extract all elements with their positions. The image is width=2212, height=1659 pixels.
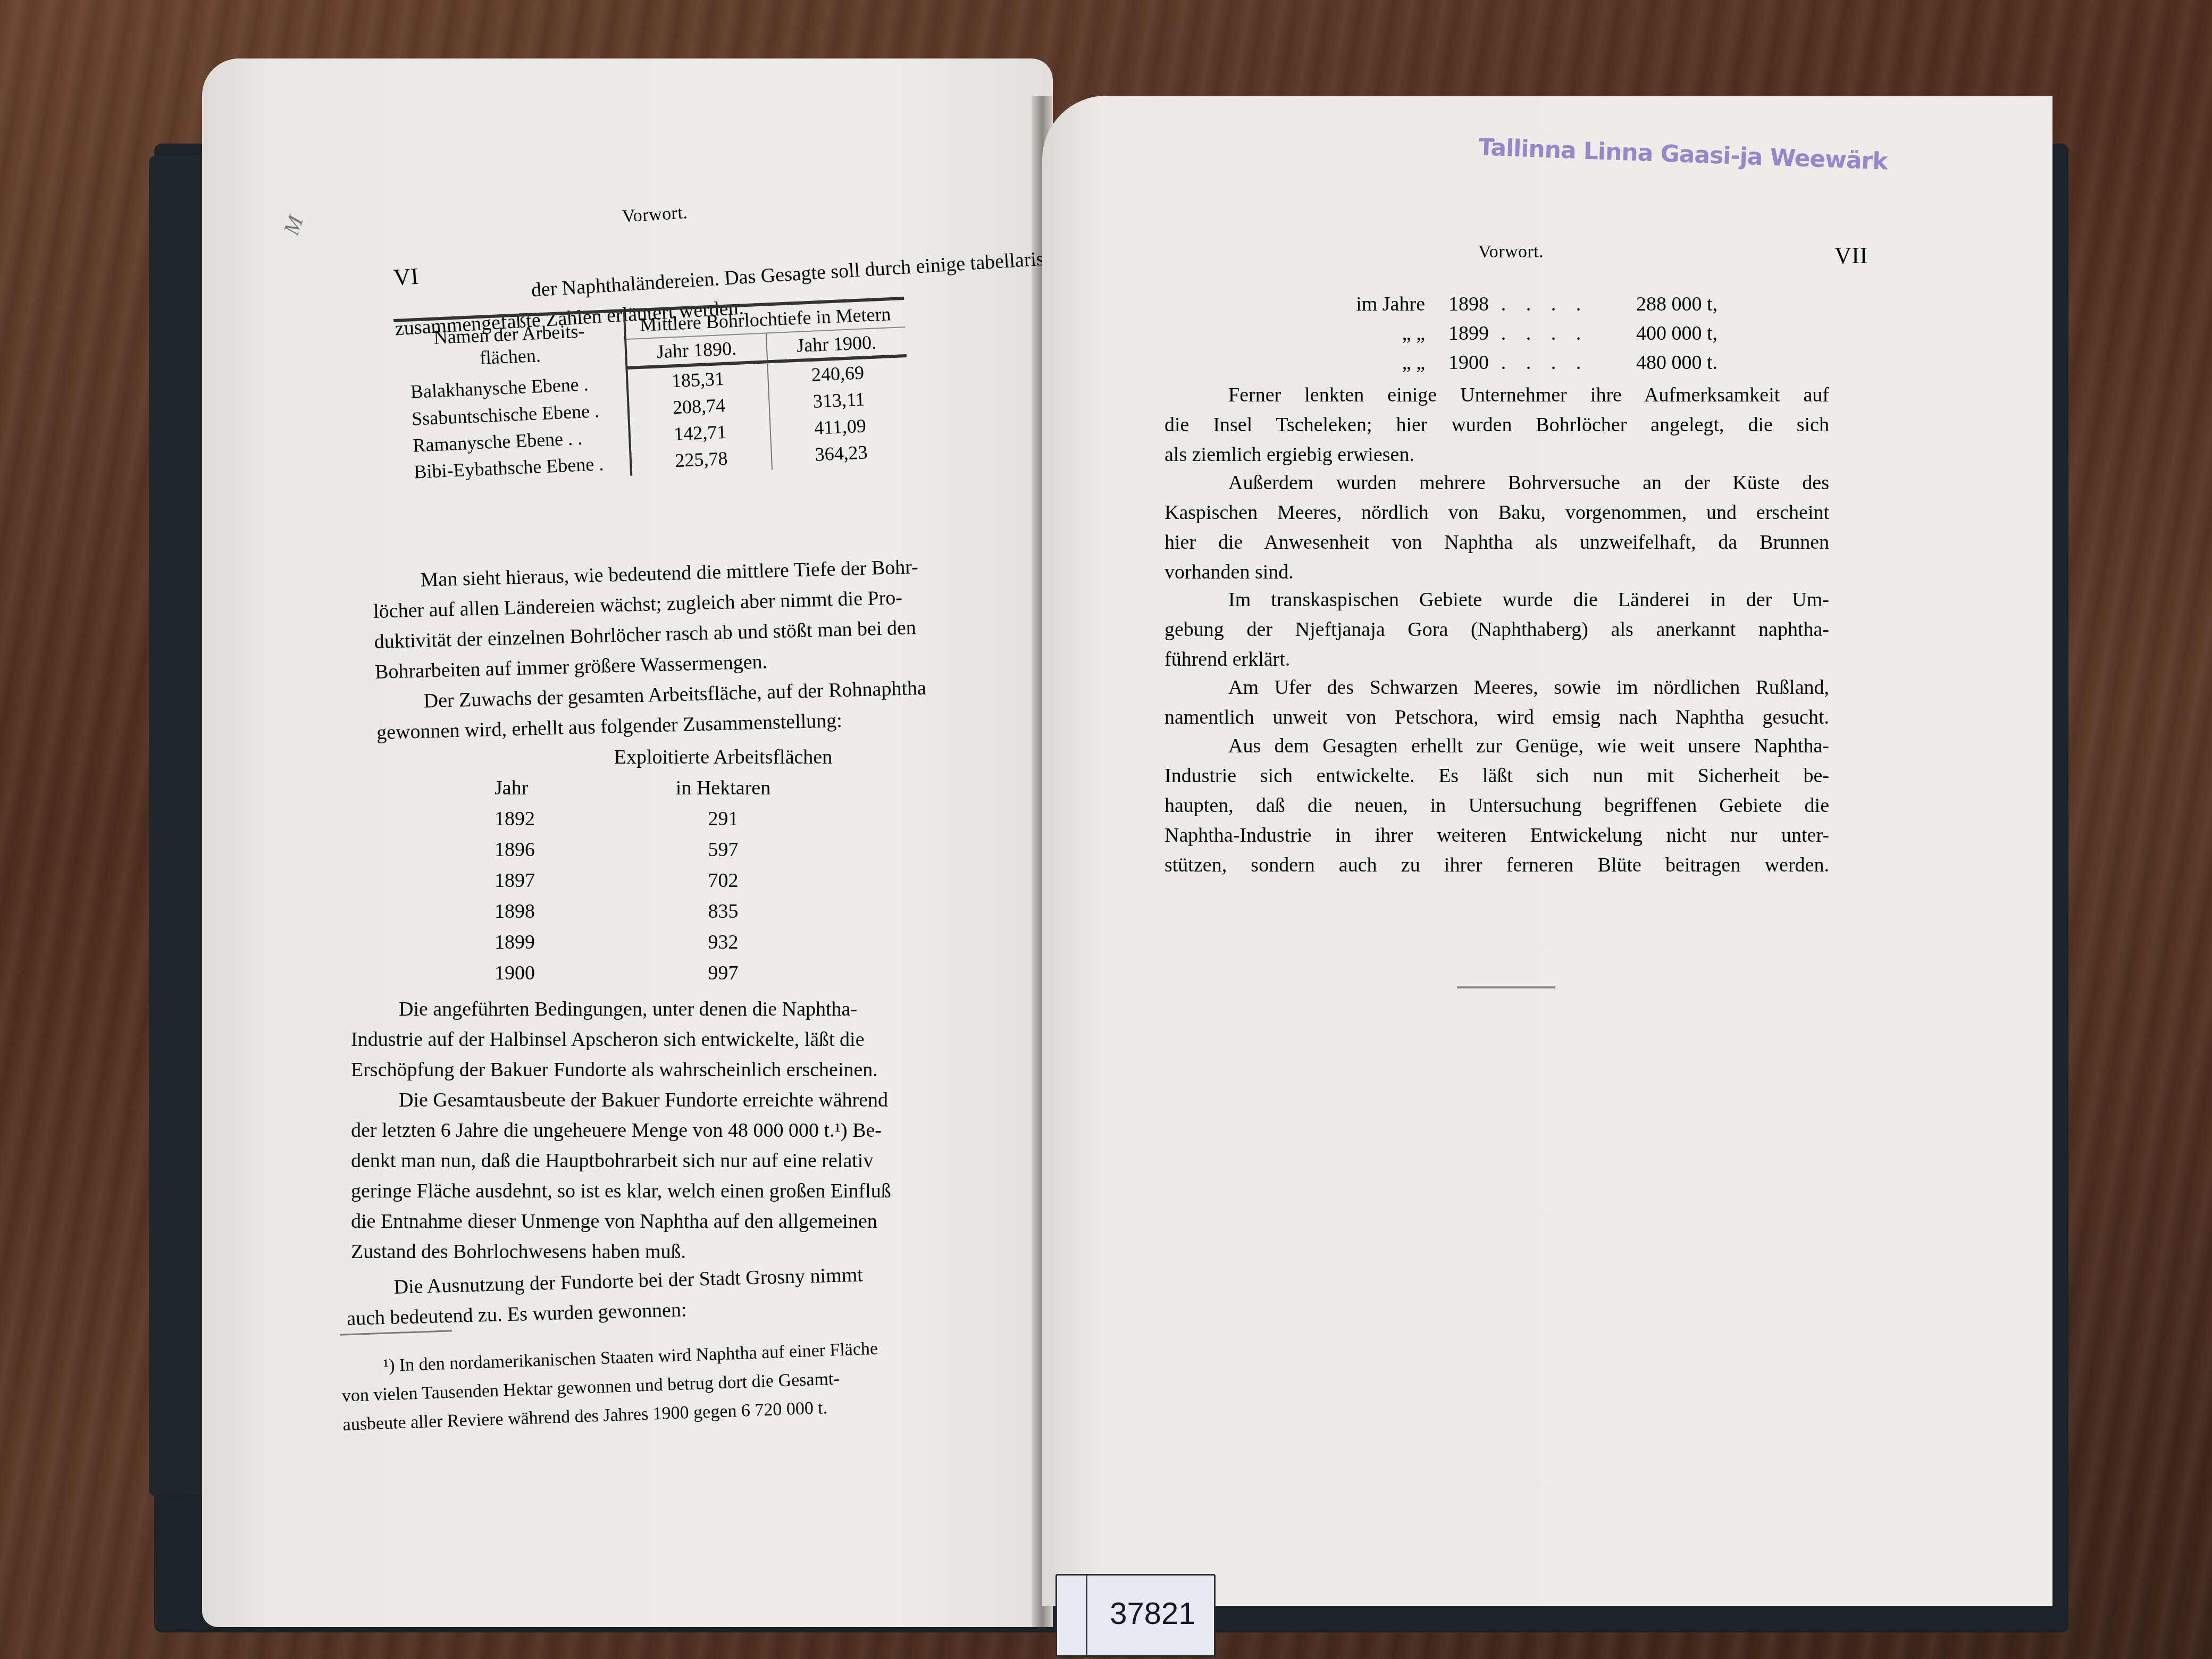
paragraph-conclusion: Aus dem Gesagten erhellt zur Genüge, wie… — [1164, 731, 1829, 880]
paragraph-tscheleken: Ferner lenkten einige Unternehmer ihre A… — [1164, 380, 1829, 470]
paragraph-depth-commentary: Man sieht hieraus, wie bedeutend die mit… — [372, 552, 927, 748]
table-row: „ „ 1899 . . . . 400 000 t, — [1319, 319, 1717, 348]
table-row: 1892291 — [495, 803, 835, 834]
table-row: 1899932 — [495, 927, 835, 958]
running-head-right: Vorwort. — [1478, 242, 1544, 262]
area-table: Exploitierte Arbeitsflächen Jahrin Hekta… — [495, 742, 835, 988]
table-row: 1900997 — [495, 958, 835, 988]
label-divider — [1086, 1576, 1087, 1655]
table-row: 1897702 — [495, 865, 835, 896]
inventory-label: 37821 — [1055, 1574, 1216, 1657]
paragraph-schwarzes-meer: Am Ufer des Schwarzen Meeres, sowie im n… — [1164, 673, 1829, 732]
table-row: im Jahre 1898 . . . . 288 000 t, — [1319, 290, 1717, 319]
inventory-number: 37821 — [1094, 1596, 1211, 1631]
paragraph-transkaspisch: Im transkaspischen Gebiete wurde die Län… — [1164, 585, 1829, 674]
table-row: 1896597 — [495, 834, 835, 865]
table-row: „ „ 1900 . . . . 480 000 t. — [1319, 348, 1717, 378]
table-row: 1898835 — [495, 896, 835, 927]
production-table: im Jahre 1898 . . . . 288 000 t, „ „ 189… — [1319, 290, 1717, 378]
paragraph-apscheron: Die angeführten Bedingungen, unter denen… — [351, 994, 891, 1267]
depth-table-name-header: Namen der Arbeits-flächen. — [393, 311, 626, 378]
depth-table: Namen der Arbeits-flächen. Mittlere Bohr… — [393, 296, 932, 485]
page-number-right: VII — [1834, 242, 1868, 269]
running-head-left: Vorwort. — [622, 203, 688, 227]
section-end-rule — [1457, 986, 1555, 988]
paragraph-kaspisch: Außerdem wurden mehrere Bohrversuche an … — [1164, 468, 1829, 587]
